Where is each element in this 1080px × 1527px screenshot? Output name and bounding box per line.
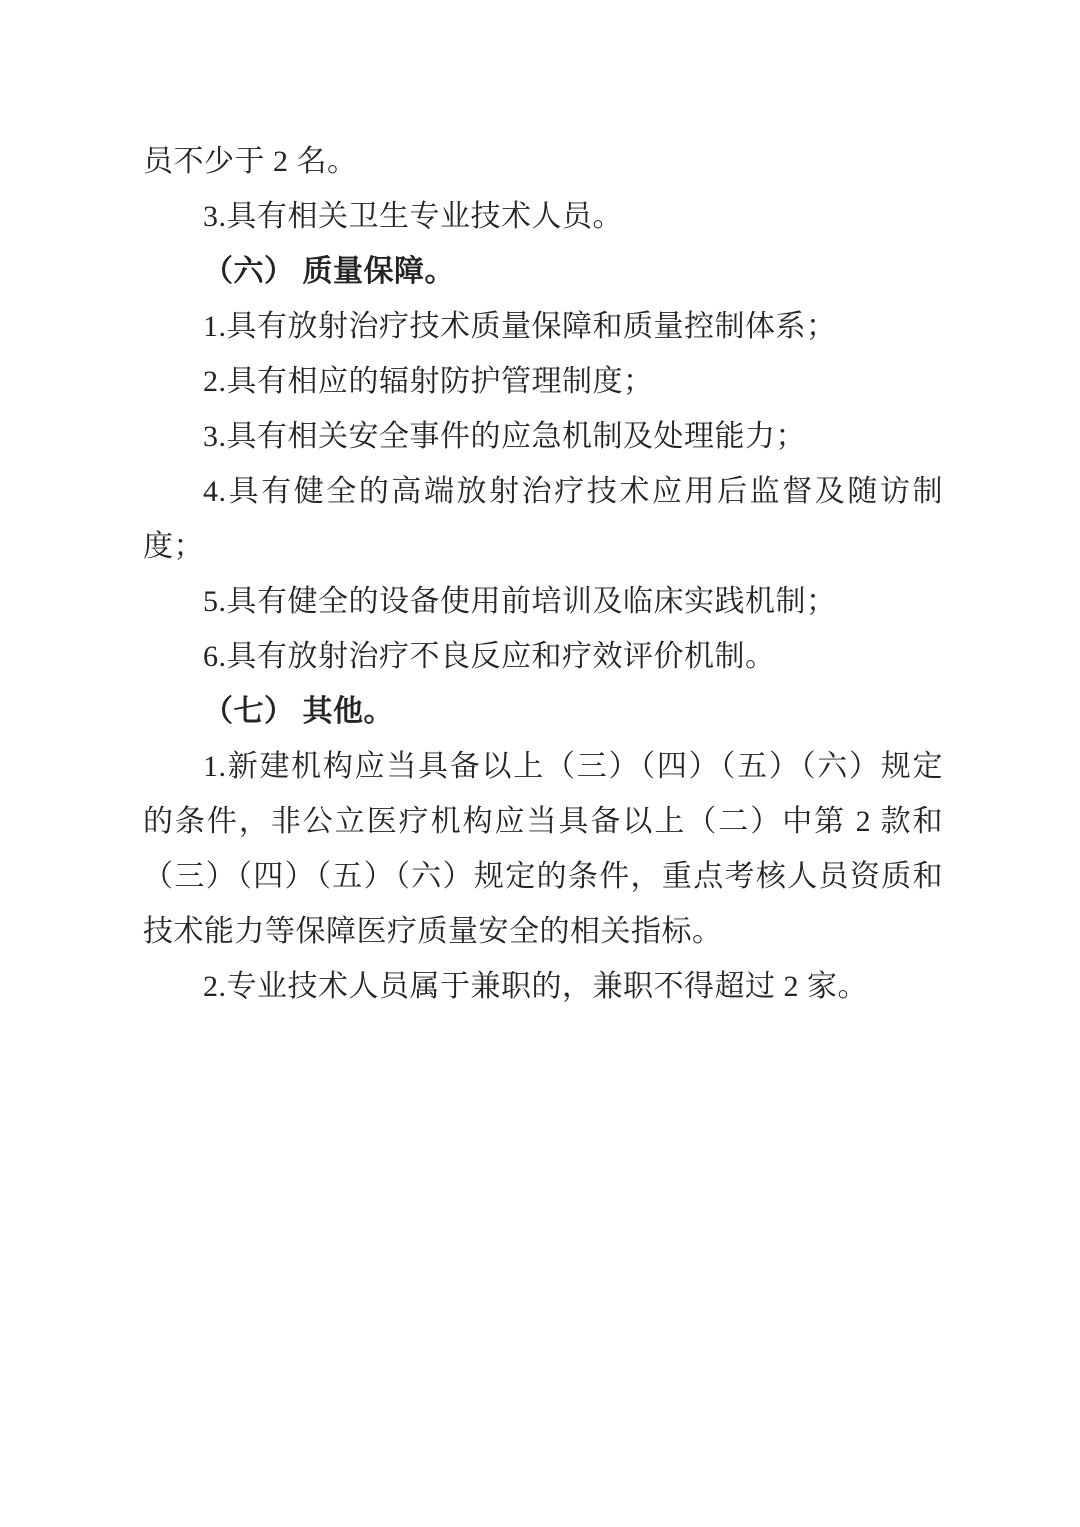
list-item-quality-2: 2.具有相应的辐射防护管理制度； <box>143 354 943 409</box>
list-item-quality-3: 3.具有相关安全事件的应急机制及处理能力； <box>143 409 943 464</box>
paragraph-continuation: 员不少于 2 名。 <box>143 134 943 189</box>
list-item-quality-1: 1.具有放射治疗技术质量保障和质量控制体系； <box>143 299 943 354</box>
list-item-other-1: 1.新建机构应当具备以上（三）（四）（五）（六）规定的条件，非公立医疗机构应当具… <box>143 739 943 959</box>
list-item-quality-4: 4.具有健全的高端放射治疗技术应用后监督及随访制度； <box>143 464 943 574</box>
list-item-quality-6: 6.具有放射治疗不良反应和疗效评价机制。 <box>143 629 943 684</box>
section-heading-6-quality-assurance: （六） 质量保障。 <box>143 244 943 299</box>
section-heading-7-other: （七） 其他。 <box>143 684 943 739</box>
document-page: 员不少于 2 名。 3.具有相关卫生专业技术人员。 （六） 质量保障。 1.具有… <box>0 0 1080 1527</box>
list-item-quality-5: 5.具有健全的设备使用前培训及临床实践机制； <box>143 574 943 629</box>
list-item-personnel-3: 3.具有相关卫生专业技术人员。 <box>143 189 943 244</box>
list-item-other-2: 2.专业技术人员属于兼职的，兼职不得超过 2 家。 <box>143 959 943 1014</box>
document-content: 员不少于 2 名。 3.具有相关卫生专业技术人员。 （六） 质量保障。 1.具有… <box>143 134 943 1014</box>
